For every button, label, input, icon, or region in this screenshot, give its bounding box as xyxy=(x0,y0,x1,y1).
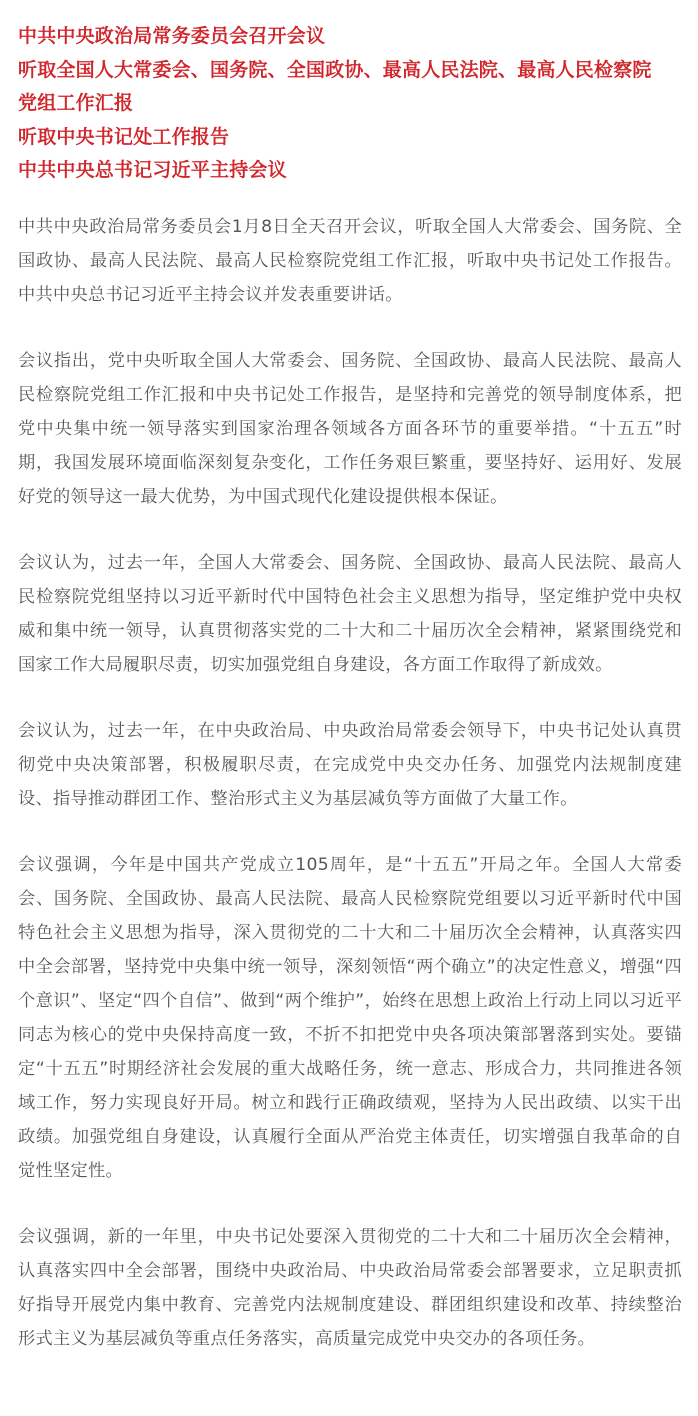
headline-line-subtitle-2: 听取中央书记处工作报告 xyxy=(18,121,682,155)
headline-line-subtitle-3: 中共中央总书记习近平主持会议 xyxy=(18,154,682,188)
headline-line-main: 中共中央政治局常务委员会召开会议 xyxy=(18,20,682,54)
paragraph-party-groups-tasks: 会议强调，今年是中国共产党成立105周年，是“十五五”开局之年。全国人大常委会、… xyxy=(18,848,682,1188)
article-headline: 中共中央政治局常务委员会召开会议 听取全国人大常委会、国务院、全国政协、最高人民… xyxy=(18,20,682,188)
paragraph-party-groups-review: 会议认为，过去一年，全国人大常委会、国务院、全国政协、最高人民法院、最高人民检察… xyxy=(18,546,682,682)
headline-line-subtitle-1b: 党组工作汇报 xyxy=(18,87,682,121)
news-article: 中共中央政治局常务委员会召开会议 听取全国人大常委会、国务院、全国政协、最高人民… xyxy=(18,20,682,1388)
paragraph-lead: 中共中央政治局常务委员会1月8日全天召开会议，听取全国人大常委会、国务院、全国政… xyxy=(18,210,682,312)
paragraph-meeting-noted: 会议指出，党中央听取全国人大常委会、国务院、全国政协、最高人民法院、最高人民检察… xyxy=(18,344,682,514)
headline-line-subtitle-1a: 听取全国人大常委会、国务院、全国政协、最高人民法院、最高人民检察院 xyxy=(18,54,682,88)
paragraph-secretariat-tasks: 会议强调，新的一年里，中央书记处要深入贯彻党的二十大和二十届历次全会精神，认真落… xyxy=(18,1220,682,1356)
paragraph-secretariat-review: 会议认为，过去一年，在中央政治局、中央政治局常委会领导下，中央书记处认真贯彻党中… xyxy=(18,714,682,816)
